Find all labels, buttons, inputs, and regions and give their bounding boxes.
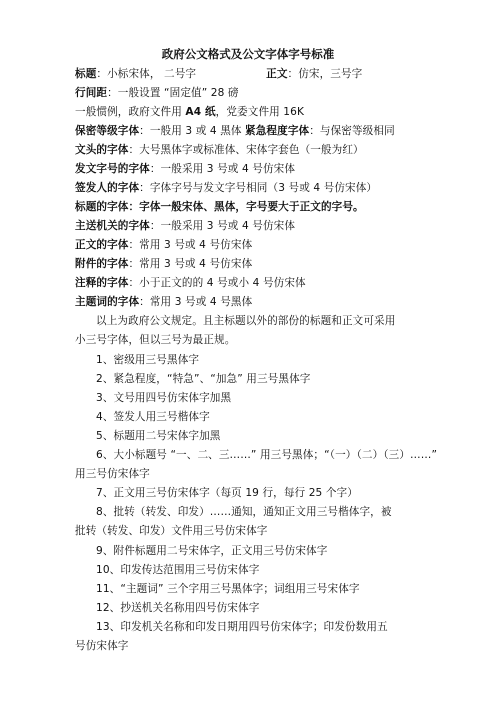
- font-rule-value: ：字体一般宋体、黑体，字号要大于正文的字号。: [128, 201, 363, 213]
- spec-label: 标题: [75, 68, 96, 80]
- font-rule: 保密等级字体：一般用 3 或 4 黑体 紧急程度字体：与保密等级相同: [75, 123, 445, 139]
- paragraph-line-1: 以上为政府公文规定。且主标题以外的部份的标题和正文可采用: [96, 313, 466, 329]
- list-item: 13、印发机关名称和印发日期用四号仿宋体字；印发份数用五: [96, 619, 466, 635]
- font-rule: 注释的字体：小于正文的的 4 号或小 4 号仿宋体: [75, 275, 445, 291]
- font-rule: 主题词的字体：常用 3 号或 4 号黑体: [75, 294, 445, 310]
- list-item: 1、密级用三号黑体字: [96, 352, 466, 368]
- convention-line: 一般惯例，政府文件用 A4 纸，党委文件用 16K: [75, 104, 445, 120]
- convention-post: ，党委文件用 16K: [216, 106, 304, 118]
- list-item-continuation: 号仿宋体字: [75, 638, 445, 654]
- font-rule-label-2: 紧急程度字体: [245, 125, 309, 137]
- font-rule: 标题的字体：字体一般宋体、黑体，字号要大于正文的字号。: [75, 199, 445, 215]
- document-title: 政府公文格式及公文字体字号标准: [0, 46, 496, 62]
- font-rule-value: ：常用 3 号或 4 号黑体: [139, 296, 252, 308]
- list-item: 11、“主题词” 三个字用三号黑体字；词组用三号宋体字: [96, 581, 466, 597]
- spec-value: 小标宋体， 二号字: [107, 68, 196, 80]
- list-item: 5、标题用二号宋体字加黑: [96, 428, 466, 444]
- font-rule-value: ：大号黑体字或标准体、宋体字套色（一般为红）: [128, 144, 363, 156]
- list-item: 12、抄送机关名称用四号仿宋体字: [96, 600, 466, 616]
- font-rule: 附件的字体：常用 3 号或 4 号仿宋体: [75, 256, 445, 272]
- spec-sep: ：: [96, 68, 107, 80]
- font-rule-label: 附件的字体: [75, 258, 128, 270]
- spec-label: 行间距: [75, 87, 107, 99]
- list-item-continuation: 批转（转发、印发）文件用三号仿宋体字: [75, 523, 445, 539]
- font-rule-label: 正文的字体: [75, 239, 128, 251]
- spec-value-2: ：仿宋，三号字: [288, 68, 363, 80]
- font-rule-value: ：一般用 3 或 4 黑体: [139, 125, 245, 137]
- list-item: 2、紧急程度，“特急”、“加急” 用三号黑体字: [96, 371, 466, 387]
- font-rule-label: 标题的字体: [75, 201, 128, 213]
- font-rule-label: 主题词的字体: [75, 296, 139, 308]
- font-rule-value: ：常用 3 号或 4 号仿宋体: [128, 239, 252, 251]
- font-rule-label: 注释的字体: [75, 277, 128, 289]
- font-rule-label: 主送机关的字体: [75, 220, 150, 232]
- font-rule: 文头的字体：大号黑体字或标准体、宋体字套色（一般为红）: [75, 142, 445, 158]
- font-rule: 正文的字体：常用 3 号或 4 号仿宋体: [75, 237, 445, 253]
- spec-line-title: 标题：小标宋体， 二号字正文：仿宋，三号字: [75, 66, 445, 82]
- spec-value: 一般设置 “固定值” 28 磅: [118, 87, 239, 99]
- font-rule-value: ：一般采用 3 号或 4 号仿宋体: [150, 163, 295, 175]
- convention-pre: 一般惯例，政府文件用: [75, 106, 185, 118]
- list-item: 9、附件标题用二号宋体字，正文用三号仿宋体字: [96, 543, 466, 559]
- font-rule-value: ：一般采用 3 号或 4 号仿宋体: [150, 220, 295, 232]
- font-rule-value: ：小于正文的的 4 号或小 4 号仿宋体: [128, 277, 305, 289]
- font-rule-value-2: ：与保密等级相同: [309, 125, 395, 137]
- font-rule-label: 签发人的字体: [75, 182, 139, 194]
- list-item: 7、正文用三号仿宋体字（每页 19 行，每行 25 个字）: [96, 485, 466, 501]
- list-item: 10、印发传达范围用三号仿宋体字: [96, 562, 466, 578]
- list-item: 6、大小标题号 “一、二、三……” 用三号黑体；“（一）（二）（三）……”: [96, 447, 466, 463]
- font-rule-label: 发文字号的字体: [75, 163, 150, 175]
- list-item: 4、签发人用三号楷体字: [96, 409, 466, 425]
- list-item: 3、文号用四号仿宋体字加黑: [96, 390, 466, 406]
- font-rule-label: 文头的字体: [75, 144, 128, 156]
- font-rule: 发文字号的字体：一般采用 3 号或 4 号仿宋体: [75, 161, 445, 177]
- list-item-continuation: 用三号仿宋体字: [75, 466, 445, 482]
- paragraph-line-2: 小三号字体，但以三号为最正规。: [75, 332, 445, 348]
- font-rule-value: ：常用 3 号或 4 号仿宋体: [128, 258, 252, 270]
- list-item: 8、批转（转发、印发）……通知，通知正文用三号楷体字，被: [96, 504, 466, 520]
- font-rule: 签发人的字体：字体字号与发文字号相同（3 号或 4 号仿宋体）: [75, 180, 445, 196]
- font-rule: 主送机关的字体：一般采用 3 号或 4 号仿宋体: [75, 218, 445, 234]
- spec-line-spacing: 行间距：一般设置 “固定值” 28 磅: [75, 85, 445, 101]
- spec-sep: ：: [107, 87, 118, 99]
- spec-label-2: 正文: [266, 68, 287, 80]
- document-page: 政府公文格式及公文字体字号标准 标题：小标宋体， 二号字正文：仿宋，三号字 行间…: [0, 0, 496, 702]
- font-rule-label: 保密等级字体: [75, 125, 139, 137]
- font-rule-value: ：字体字号与发文字号相同（3 号或 4 号仿宋体）: [139, 182, 377, 194]
- convention-bold: A4 纸: [185, 106, 215, 118]
